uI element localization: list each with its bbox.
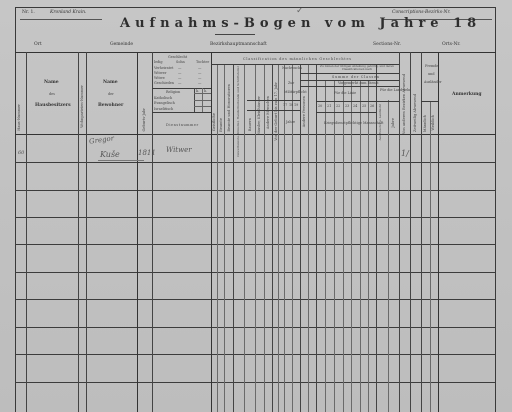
fur-reserve-label: Für die Landwehr <box>380 88 411 92</box>
classification-header: Classification des männlichen Geschlecht… <box>243 57 352 61</box>
class-col-label: Häusler, Kleinhäusler <box>257 96 261 135</box>
class-subrule <box>316 112 376 113</box>
zur-label: Zur <box>288 81 294 85</box>
box-rule <box>194 106 211 107</box>
linie-age-col: 26 <box>370 104 374 108</box>
fremde-label: und <box>428 72 435 76</box>
class-col-label: Andere Menschen <box>266 96 270 129</box>
entry-stand[interactable]: Witwer <box>166 146 192 154</box>
grid-rule <box>233 64 234 412</box>
grid-rule <box>430 101 431 412</box>
name-bewohner-label: Name <box>103 80 118 85</box>
name-bewohner-label: der <box>108 92 114 96</box>
dash: — <box>198 76 201 80</box>
entfernt-label: Von anderen Bezirken Anwesend <box>402 74 406 134</box>
dash: — <box>178 81 181 85</box>
haus-nummer-label: Haus-Nummer <box>17 104 21 131</box>
fur-linie-label: Für die Linie <box>334 91 356 95</box>
grid-rule <box>284 64 285 412</box>
zeitlich-label: Zeitweilig Abwesend <box>413 94 417 132</box>
class-col-label: Gewerbsleute, Künstler, Handel­treibende… <box>236 66 240 157</box>
entry-bewohner-surname[interactable]: Kuše <box>100 150 120 159</box>
reserve-col-label: Jahre <box>391 118 395 128</box>
entry-haus-nummer[interactable]: 60 <box>18 150 24 156</box>
census-sheet: Nr. 1. Kronland Krain. Conscriptions-Bez… <box>0 0 512 412</box>
geschlecht-row: Geschieden <box>154 81 174 85</box>
entry-underline <box>98 160 144 161</box>
class-col-label: Geistliche <box>212 113 216 131</box>
col-rule <box>137 52 138 412</box>
grid-rule <box>351 80 352 412</box>
religion-row: Israelitisch <box>154 107 173 111</box>
grid-rule <box>334 80 335 412</box>
col-rule <box>211 52 212 412</box>
dienstnummer-label: Dienstnummer <box>166 123 199 127</box>
fremde-label: Ausländer <box>424 80 441 84</box>
name-hausbesitzer-label: Hausbesitzers <box>35 103 71 108</box>
grid-rule <box>343 80 344 412</box>
dash: — <box>198 71 201 75</box>
vorgemerkt-label: Vorgemerkt zum Dienst <box>338 81 379 85</box>
dash: — <box>198 66 201 70</box>
linie-age-col: 21 <box>327 104 331 108</box>
weiblich-label: Weiblich <box>431 115 435 131</box>
grid-rule <box>217 64 218 412</box>
box-rule <box>194 100 211 101</box>
geschlecht-title: Geschlecht <box>168 55 187 59</box>
age-col: 17 <box>283 103 287 107</box>
religion-title: Religion <box>166 90 180 94</box>
name-hausbesitzer-label: Name <box>44 80 59 85</box>
religion-row: Katholisch <box>154 96 172 100</box>
religion-col: k. <box>196 89 199 93</box>
geschlecht-row: Witwe <box>154 76 165 80</box>
dash: — <box>178 76 181 80</box>
grid-rule <box>300 64 301 412</box>
reserve-col-label: Aus Reserve u. Landwehr <box>378 104 382 140</box>
grid-rule <box>399 52 400 412</box>
grid-rule <box>368 80 369 412</box>
fremde-subrule <box>421 101 438 102</box>
nachwuchs-label: Nachwuchs <box>282 66 302 70</box>
col-rule <box>26 52 27 412</box>
religion-col: h. <box>204 89 207 93</box>
kriegsdienst-label: Kriegsdienstpflichtige Mannschaft <box>324 121 383 125</box>
wohnparteien-label: Wohnparteien-Nummer <box>80 85 84 128</box>
mannlich-label: Männlich <box>423 115 427 132</box>
name-hausbesitzer-label: des <box>49 92 55 96</box>
geschlecht-row: Verheiratet <box>154 66 173 70</box>
grid-rule <box>308 64 309 412</box>
class-col-label: Bauern <box>248 118 252 131</box>
grid-rule <box>376 64 377 412</box>
grid-rule <box>388 100 389 412</box>
col-rule <box>152 52 153 412</box>
grid-rule <box>272 64 273 412</box>
grid-rule <box>410 52 411 412</box>
geschlecht-row: Witwer <box>154 71 166 75</box>
class-subrule <box>316 101 399 102</box>
geburtsjahr-label: Geburts-Jahr <box>142 108 146 131</box>
grid-rule <box>264 64 265 412</box>
box-rule <box>194 93 211 94</box>
grid-rule <box>316 64 317 412</box>
grid-rule <box>244 64 245 412</box>
linie-age-col: 24 <box>353 104 357 108</box>
col-rule <box>78 52 79 412</box>
grid-rule <box>224 64 225 412</box>
summe-label: Summe der Classen <box>332 75 380 79</box>
class-subrule <box>300 86 399 87</box>
box-rule <box>152 112 211 113</box>
grid-rule <box>325 80 326 412</box>
grid-rule <box>278 64 279 412</box>
age-col: 19 <box>294 103 298 107</box>
name-bewohner-label: Bewohner <box>98 103 123 108</box>
linie-age-col: 25 <box>362 104 366 108</box>
class-col-label: Beamte und Honoratioren <box>227 84 231 132</box>
dash: — <box>198 81 201 85</box>
linie-age-col: 23 <box>345 104 349 108</box>
grid-rule <box>438 52 439 412</box>
jahre-label: Jahre <box>286 120 295 124</box>
grid-rule <box>255 64 256 412</box>
grid-rule <box>292 64 293 412</box>
geschlecht-col-b: Tochter <box>196 60 209 64</box>
anmerkung-label: Anmerkung <box>452 92 482 97</box>
class-subrule <box>300 73 399 74</box>
col-rule <box>86 52 87 412</box>
militar-label: Militärpflicht <box>284 90 307 94</box>
class-col-label: Beamte <box>219 118 223 132</box>
grid-rule <box>421 52 422 412</box>
fremde-label: Fremde <box>425 64 438 68</box>
von-geburt-label: Von der Geburt bis zum 17. Jahr <box>274 82 278 141</box>
geschlecht-row: ledig <box>154 60 163 64</box>
religion-row: Evangelisch <box>154 101 175 105</box>
andere-personen-label: Andere Personen <box>302 96 306 127</box>
entry-geburtsjahr[interactable]: 1811 <box>138 149 156 157</box>
linie-age-col: 22 <box>336 104 340 108</box>
grid-rule <box>360 80 361 412</box>
header-top-rule <box>15 52 496 53</box>
entry-tally[interactable]: 1/ <box>401 149 409 158</box>
age-col: 18 <box>289 103 293 107</box>
geschlecht-col-a: Sohn <box>176 60 185 64</box>
dash: — <box>178 71 181 75</box>
dash: — <box>178 66 181 70</box>
zu-linien-label: Zu Linien der übrigen Abteilung gehörig,… <box>318 65 396 72</box>
linie-age-col: 20 <box>318 104 322 108</box>
